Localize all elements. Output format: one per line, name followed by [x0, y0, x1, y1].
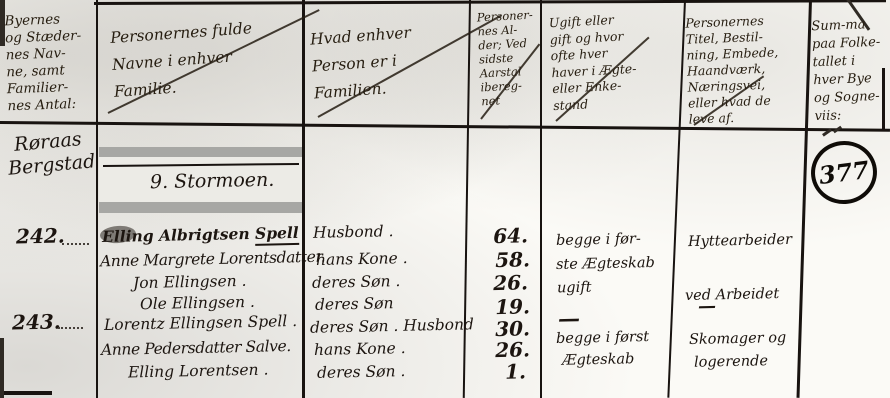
table-border-vertical: [540, 0, 542, 398]
relation-entry: deres Søn: [315, 294, 394, 314]
person-name-text: Elling Albrigtsen: [102, 224, 255, 246]
status-entry: ste Ægteskab: [556, 255, 655, 273]
subplace-label: 9. Stormoen.: [150, 169, 275, 194]
record-number: 242.: [16, 223, 65, 248]
relation-entry: hans Kone .: [316, 249, 408, 269]
page-number-text: 377: [817, 155, 870, 190]
relation-entry: deres Søn .: [317, 362, 406, 382]
record-number: 243.: [12, 309, 61, 334]
age-entry: 1.: [466, 359, 526, 384]
age-entry: 64.: [468, 223, 528, 248]
table-border-vertical: [667, 0, 686, 398]
person-name: Elling Lorentsen .: [128, 361, 269, 382]
census-scan-page: Byernes og Stæder- nes Nav- ne, samt Fam…: [0, 0, 890, 398]
status-entry: ugift: [557, 280, 592, 297]
relation-entry: hans Kone .: [314, 339, 406, 359]
occupation-entry: logerende: [694, 353, 768, 371]
highlight-bar-top: [99, 147, 305, 157]
highlight-bar-bottom: [99, 202, 305, 213]
person-surname-underlined: Spell: [255, 223, 299, 246]
column-heading-occupation: Personernes Titel, Bestil- ning, Embede,…: [685, 12, 781, 127]
age-entry: 26.: [468, 270, 528, 295]
person-name: Elling Albrigtsen Spell: [102, 223, 299, 246]
age-entry: 58.: [470, 247, 530, 272]
ditto-dash: —: [698, 296, 716, 317]
dotted-leader: [58, 327, 83, 329]
occupation-entry: Hyttearbeider: [688, 232, 792, 250]
person-name: Ole Ellingsen .: [140, 293, 255, 313]
person-name: Anne Margrete Lorentsdatter.: [100, 248, 326, 271]
circled-page-number: 377: [807, 137, 880, 208]
relation-entry: deres Søn . Husbond: [310, 315, 474, 336]
table-border-vertical: [796, 0, 812, 398]
relation-entry: deres Søn .: [312, 272, 401, 292]
occupation-entry: Skomager og: [689, 330, 787, 348]
column-heading-names: Personernes fulde Navne i enhver Familie…: [109, 15, 256, 106]
column-heading-summa: Sum-ma paa Folke- tallet i hver Bye og S…: [811, 16, 883, 126]
scan-edge-mark: [0, 391, 52, 395]
person-name: Jon Ellingsen .: [133, 272, 247, 292]
table-border-top: [94, 0, 886, 5]
column-heading-status: Ugift eller gift og hvor ofte hver haver…: [548, 11, 638, 114]
status-entry: begge i før-: [556, 231, 641, 249]
person-name: Anne Pedersdatter Salve.: [101, 337, 291, 359]
column-heading-place: Byernes og Stæder- nes Nav- ne, samt Fam…: [4, 11, 84, 116]
table-border-vertical: [302, 0, 305, 398]
relation-entry: Husbond .: [313, 222, 394, 242]
status-entry: begge i først: [556, 329, 649, 347]
scan-edge-smudge: [0, 338, 4, 398]
status-entry: Ægteskab: [562, 351, 635, 369]
person-name: Lorentz Ellingsen Spell .: [104, 312, 297, 334]
table-border-vertical: [96, 0, 98, 398]
dotted-leader: [62, 243, 89, 245]
column-heading-relation: Hvad enhver Person er i Familien.: [309, 20, 415, 108]
ditto-dash: —: [558, 306, 581, 332]
